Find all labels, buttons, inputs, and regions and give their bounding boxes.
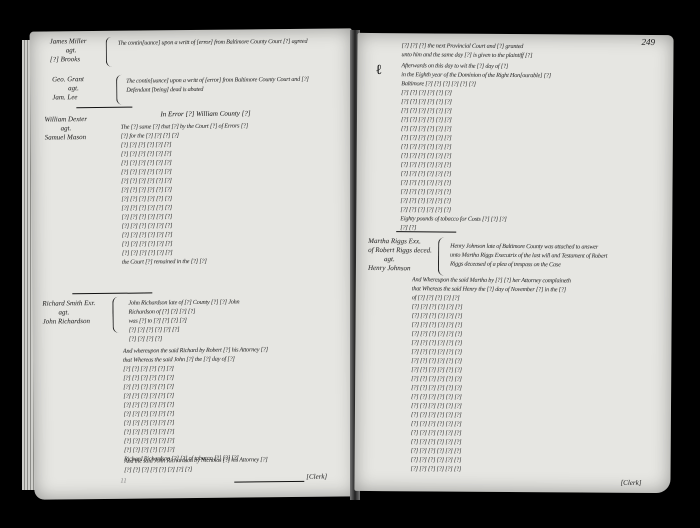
entry-3: The [?] same [?] that [?] by the Court [… (121, 120, 344, 266)
left-page: James Miller agt. [?] Brooks The contin[… (30, 28, 357, 499)
entry-7: [?] [?] [?] the next Provincial Court an… (401, 41, 641, 61)
brace (112, 297, 119, 333)
entry-line: unto him and the same day [?] is given t… (401, 50, 641, 61)
entry-1: The contin[uance] upon a writt of [error… (118, 36, 343, 47)
note-line: John Richardson (43, 317, 96, 327)
note-line: agt. (50, 46, 87, 55)
margin-note-4: Richard Smith Exr. agt. John Richardson (42, 299, 95, 327)
signature: [Clerk] (620, 479, 641, 488)
divider (76, 107, 132, 109)
entry-heading: In Error [?] William County [?] (160, 109, 250, 118)
entry-4: John Richardson late of [?] County [?] [… (128, 296, 344, 343)
note-line: Geo. Grant (52, 75, 84, 84)
margin-note-5: Martha Riggs Exx. of Robert Riggs deced.… (368, 237, 432, 273)
margin-note-1: James Miller agt. [?] Brooks (50, 37, 87, 64)
bottom-mark: 11 (120, 477, 127, 486)
entry-5: And whereupon the said Richard by Robert… (123, 344, 346, 463)
entry-9: Henry Johnson late of Baltimore County w… (450, 242, 656, 270)
note-line: Martha Riggs Exx. (368, 237, 432, 246)
note-line: Richard Smith Exr. (42, 299, 95, 309)
note-line: agt. (45, 124, 88, 133)
note-line: Samuel Mason (45, 133, 88, 142)
right-page: 249 [?] [?] [?] the next Provincial Cour… (354, 33, 673, 493)
note-line: Henry Johnson (368, 264, 432, 273)
note-line: agt. (368, 255, 432, 264)
manuscript-book: James Miller agt. [?] Brooks The contin[… (32, 30, 674, 500)
entry-2: The contin[uance] upon a writt of [error… (126, 74, 341, 94)
margin-note-2: Geo. Grant agt. Jam. Lee (52, 75, 84, 102)
note-line: William Dexter (44, 115, 87, 124)
divider (396, 231, 456, 232)
folio-number: 249 (642, 37, 656, 47)
divider (72, 292, 152, 294)
entry-line: [?] [?] [?] [?] (129, 332, 345, 343)
margin-flourish: ℓ (375, 63, 382, 79)
signature: [Clerk] (306, 473, 327, 482)
note-line: of Robert Riggs deced. (368, 246, 432, 255)
entry-line: the Court [?] remained in the [?] [?] (122, 255, 344, 266)
margin-note-3: William Dexter agt. Samuel Mason (44, 115, 87, 142)
brace (116, 75, 123, 105)
entry-8: Afterwards on this day to wit the [?] da… (400, 61, 651, 234)
signature-rule (234, 481, 304, 483)
note-line: James Miller (50, 37, 87, 46)
entry-line: Defendant [being] dead is abated (126, 83, 341, 94)
brace (438, 237, 445, 275)
entry-line: Riggs deceased of a plea of trespass on … (450, 260, 656, 270)
entry-line: [?] [?] [?] [?] [?] [?] (411, 464, 657, 475)
note-line: Jam. Lee (52, 93, 84, 102)
note-line: [?] Brooks (50, 55, 87, 64)
entry-10: And Whereupon the said Martha by [?] [?]… (411, 275, 658, 475)
brace (106, 37, 113, 67)
entry-6: And the said John Richardson by Nicholas… (124, 454, 346, 474)
entry-line: The contin[uance] upon a writt of [error… (118, 36, 343, 47)
note-line: agt. (52, 84, 84, 93)
